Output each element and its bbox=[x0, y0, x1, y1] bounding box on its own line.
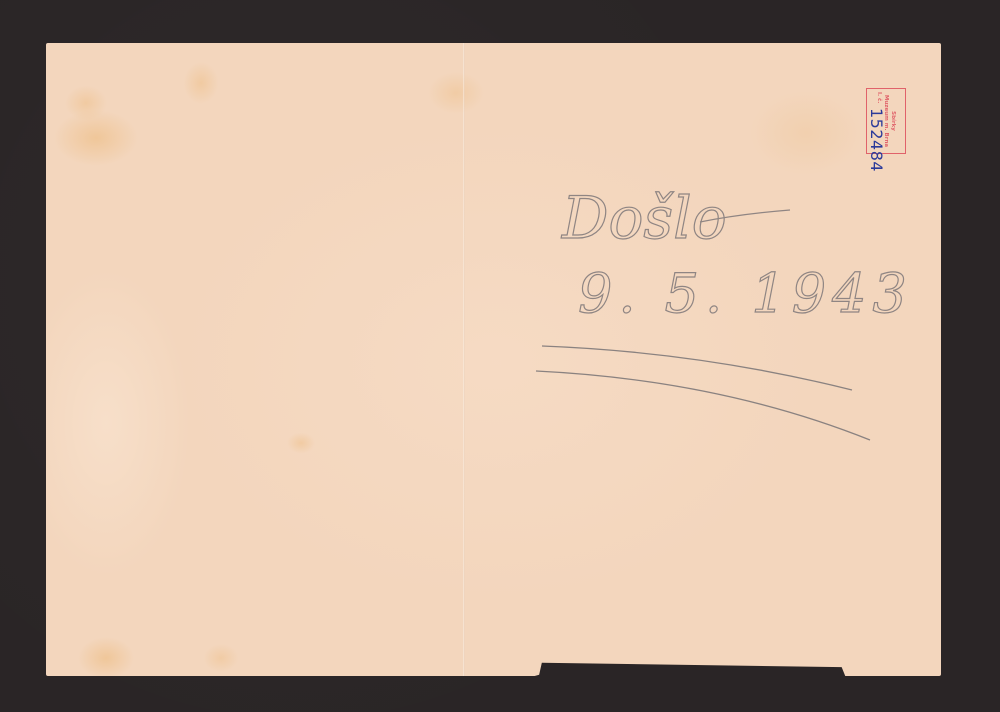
stamp-line-3: I. č. bbox=[876, 88, 883, 103]
fold-line bbox=[463, 43, 465, 676]
inventory-number: 152484 bbox=[867, 108, 886, 172]
paper-sheet bbox=[46, 43, 941, 676]
stamp-line-1: Sbírky bbox=[890, 111, 897, 131]
